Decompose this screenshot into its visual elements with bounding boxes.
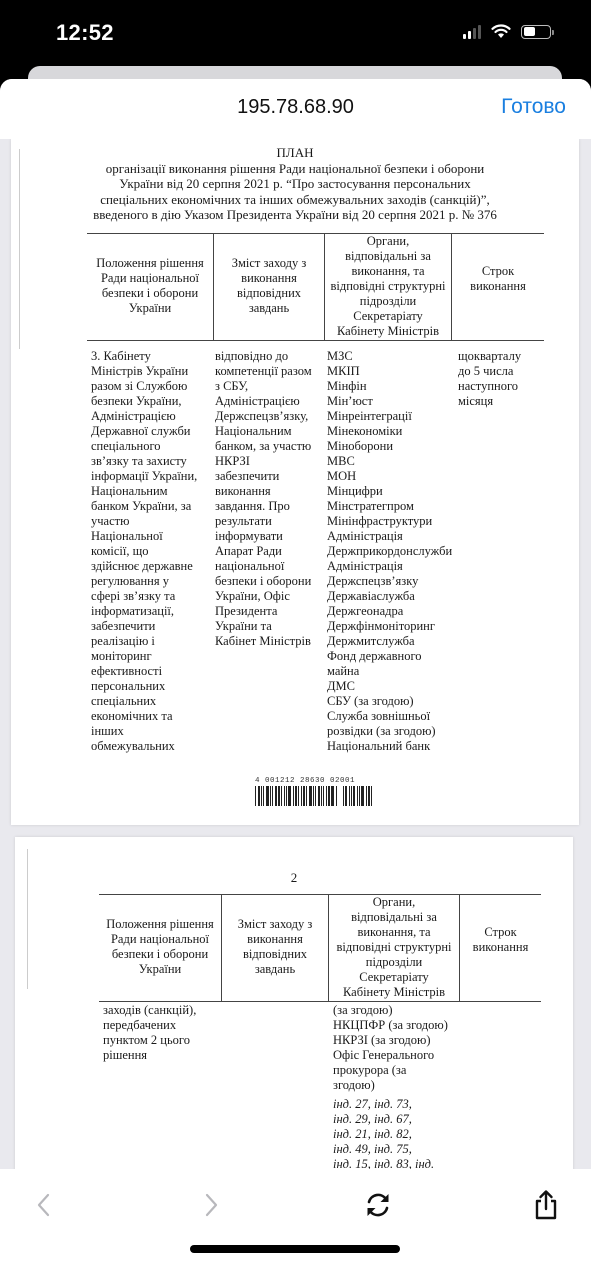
header-line: відповідні структурні bbox=[325, 279, 451, 294]
header-line: Строк bbox=[460, 925, 541, 940]
cell-bodies: МЗСМКІПМінфінМін’юстМінреінтеграціїМінек… bbox=[327, 349, 452, 754]
text-line: Держмитслужба bbox=[327, 634, 452, 649]
text-line: з СБУ, bbox=[215, 379, 312, 394]
heading-line: ПЛАН bbox=[11, 145, 579, 161]
text-line: СБУ (за згодою) bbox=[327, 694, 452, 709]
header-line: України bbox=[99, 962, 221, 977]
text-line: рішення bbox=[103, 1048, 196, 1063]
barcode-bar bbox=[353, 786, 355, 806]
text-line: НКЦПФР (за згодою) bbox=[333, 1018, 448, 1033]
text-line: спеціального bbox=[91, 439, 197, 454]
barcode-bar bbox=[270, 786, 271, 806]
barcode-bar bbox=[303, 786, 305, 806]
cell-bodies: (за згодою)НКЦПФР (за згодою)НКРЗІ (за з… bbox=[333, 1003, 448, 1093]
header-line: безпеки і оборони bbox=[99, 947, 221, 962]
text-line: Національний банк bbox=[327, 739, 452, 754]
wifi-icon bbox=[491, 24, 511, 39]
status-icons bbox=[463, 24, 551, 39]
header-deadline: Строквиконання bbox=[460, 925, 541, 955]
page-number: 2 bbox=[15, 870, 573, 886]
text-line: компетенції разом bbox=[215, 364, 312, 379]
barcode-bar bbox=[361, 786, 364, 806]
text-line: наступного bbox=[458, 379, 521, 394]
text-line: України та bbox=[215, 619, 312, 634]
sheet-header: 195.78.68.90 Готово bbox=[0, 79, 591, 139]
barcode-bar bbox=[258, 786, 260, 806]
text-line: Мінреінтеграції bbox=[327, 409, 452, 424]
cell-measure: відповідно докомпетенції разомз СБУ,Адмі… bbox=[215, 349, 312, 649]
header-measure: Зміст заходу звиконаннявідповіднихзавдан… bbox=[214, 256, 324, 316]
barcode-bar bbox=[349, 786, 350, 806]
text-line: забезпечити bbox=[91, 619, 197, 634]
text-line: інформації України, bbox=[91, 469, 197, 484]
text-line: Мінстратегпром bbox=[327, 499, 452, 514]
annotation-line: інд. 15, інд. 83, інд. bbox=[333, 1157, 434, 1169]
text-line: Міністрів України bbox=[91, 364, 197, 379]
barcode-bar bbox=[272, 786, 273, 806]
text-line: Національним bbox=[215, 424, 312, 439]
cell-annotations: інд. 27, інд. 73,інд. 29, інд. 67,інд. 2… bbox=[333, 1097, 434, 1169]
chevron-right-icon bbox=[205, 1193, 219, 1217]
text-line: зв’язку та захисту bbox=[91, 454, 197, 469]
header-line: України bbox=[87, 301, 213, 316]
text-line: національної bbox=[215, 559, 312, 574]
text-line: моніторинг bbox=[91, 649, 197, 664]
document-page-1: ПЛАНорганізації виконання рішення Ради н… bbox=[11, 139, 579, 825]
header-line: Кабінету Міністрів bbox=[325, 324, 451, 339]
text-line: регулювання у bbox=[91, 574, 197, 589]
text-line: Мінінфраструктури bbox=[327, 514, 452, 529]
barcode-bar bbox=[326, 786, 327, 806]
annotation-line: інд. 27, інд. 73, bbox=[333, 1097, 434, 1112]
text-line: пунктом 2 цього bbox=[103, 1033, 196, 1048]
header-line: виконання bbox=[452, 279, 544, 294]
header-line: відповідних bbox=[214, 286, 324, 301]
text-line: здійснює державне bbox=[91, 559, 197, 574]
barcode-bar bbox=[295, 786, 297, 806]
text-line: згодою) bbox=[333, 1078, 448, 1093]
back-button[interactable] bbox=[21, 1183, 65, 1227]
text-line: обмежувальних bbox=[91, 739, 197, 754]
barcode-bar bbox=[331, 786, 334, 806]
header-line: підрозділи bbox=[329, 955, 459, 970]
document-viewport[interactable]: ПЛАНорганізації виконання рішення Ради н… bbox=[0, 139, 591, 1169]
text-line: Держфінмоніторинг bbox=[327, 619, 452, 634]
text-line: Адміністрація bbox=[327, 529, 452, 544]
heading-line: організації виконання рішення Ради націо… bbox=[11, 161, 579, 177]
text-line: Державної служби bbox=[91, 424, 197, 439]
barcode-bar bbox=[286, 786, 287, 806]
header-line: завдань bbox=[222, 962, 328, 977]
text-line: НКРЗІ (за згодою) bbox=[333, 1033, 448, 1048]
table-top-rule bbox=[99, 894, 541, 895]
text-line: результати bbox=[215, 514, 312, 529]
text-line: банком, за участю bbox=[215, 439, 312, 454]
barcode-bar bbox=[359, 786, 360, 806]
header-provision: Положення рішенняРади національноїбезпек… bbox=[99, 917, 221, 977]
barcode-bar bbox=[328, 786, 330, 806]
barcode-bar bbox=[306, 786, 307, 806]
heading-line: України від 20 серпня 2021 р. “Про засто… bbox=[11, 176, 579, 192]
text-line: МВС bbox=[327, 454, 452, 469]
text-line: прокурора (за bbox=[333, 1063, 448, 1078]
text-line: України, Офіс bbox=[215, 589, 312, 604]
barcode-number: 4 001212 28630 02001 bbox=[255, 777, 374, 785]
header-line: Кабінету Міністрів bbox=[329, 985, 459, 1000]
text-line: Президента bbox=[215, 604, 312, 619]
text-line: ДМС bbox=[327, 679, 452, 694]
header-line: виконання, та bbox=[329, 925, 459, 940]
header-line: Положення рішення bbox=[87, 256, 213, 271]
barcode-bar bbox=[315, 786, 316, 806]
barcode-bar bbox=[293, 786, 294, 806]
barcode-bar bbox=[371, 786, 372, 806]
header-line: Органи, bbox=[329, 895, 459, 910]
chevron-left-icon bbox=[36, 1193, 50, 1217]
reload-icon bbox=[363, 1191, 393, 1219]
text-line: Мінфін bbox=[327, 379, 452, 394]
header-line: виконання, та bbox=[325, 264, 451, 279]
barcode-bar bbox=[275, 786, 277, 806]
header-line: відповідних bbox=[222, 947, 328, 962]
text-line: щокварталу bbox=[458, 349, 521, 364]
barcode-bar bbox=[298, 786, 299, 806]
barcode-bars bbox=[255, 786, 374, 806]
bottom-toolbar bbox=[0, 1169, 591, 1280]
done-button[interactable]: Готово bbox=[501, 95, 566, 119]
text-line: безпеки України, bbox=[91, 394, 197, 409]
barcode-bar bbox=[263, 786, 264, 806]
text-line: Служба зовнішньої bbox=[327, 709, 452, 724]
header-line: Секретаріату bbox=[325, 309, 451, 324]
text-line: комісії, що bbox=[91, 544, 197, 559]
reload-button[interactable] bbox=[356, 1183, 400, 1227]
barcode-bar bbox=[366, 786, 367, 806]
text-line: Національної bbox=[91, 529, 197, 544]
share-button[interactable] bbox=[524, 1183, 568, 1227]
header-line: Секретаріату bbox=[329, 970, 459, 985]
annotation-line: інд. 29, інд. 67, bbox=[333, 1112, 434, 1127]
text-line: Мінекономіки bbox=[327, 424, 452, 439]
text-line: 3. Кабінету bbox=[91, 349, 197, 364]
text-line: Фонд державного bbox=[327, 649, 452, 664]
barcode-bar bbox=[336, 786, 337, 806]
home-indicator bbox=[190, 1245, 400, 1253]
header-bodies: Органи,відповідальні завиконання, тавідп… bbox=[325, 234, 451, 339]
cell-deadline: щокварталудо 5 числанаступногомісяця bbox=[458, 349, 521, 409]
barcode-bar bbox=[321, 786, 322, 806]
share-icon bbox=[534, 1189, 558, 1221]
header-line: Органи, bbox=[325, 234, 451, 249]
text-line: інформатизації, bbox=[91, 604, 197, 619]
cellular-signal-icon bbox=[463, 25, 481, 39]
text-line: завдання. Про bbox=[215, 499, 312, 514]
header-line: Зміст заходу з bbox=[222, 917, 328, 932]
status-time: 12:52 bbox=[56, 20, 114, 46]
text-line: МКІП bbox=[327, 364, 452, 379]
document-page-2: 2 Положення рішенняРади національноїбезп… bbox=[15, 837, 573, 1169]
text-line: Мінцифри bbox=[327, 484, 452, 499]
header-provision: Положення рішенняРади національноїбезпек… bbox=[87, 256, 213, 316]
plan-table-continued: Положення рішенняРади національноїбезпек… bbox=[99, 894, 541, 1169]
barcode-bar bbox=[343, 786, 344, 806]
text-line: банком України, за bbox=[91, 499, 197, 514]
header-line: завдань bbox=[214, 301, 324, 316]
battery-icon bbox=[521, 25, 551, 39]
forward-button[interactable] bbox=[190, 1183, 234, 1227]
text-line: місяця bbox=[458, 394, 521, 409]
barcode-bar bbox=[261, 786, 262, 806]
header-measure: Зміст заходу звиконаннявідповіднихзавдан… bbox=[222, 917, 328, 977]
barcode-bar bbox=[281, 786, 282, 806]
text-line: реалізацію і bbox=[91, 634, 197, 649]
header-line: виконання bbox=[214, 271, 324, 286]
header-line: Строк bbox=[452, 264, 544, 279]
text-line: Державіаслужба bbox=[327, 589, 452, 604]
header-line: безпеки і оборони bbox=[87, 286, 213, 301]
text-line: інформувати bbox=[215, 529, 312, 544]
plan-table: Положення рішенняРади національноїбезпек… bbox=[87, 233, 544, 733]
text-line: забезпечити bbox=[215, 469, 312, 484]
text-line: розвідки (за згодою) bbox=[327, 724, 452, 739]
text-line: заходів (санкцій), bbox=[103, 1003, 196, 1018]
barcode-bar bbox=[309, 786, 312, 806]
barcode-bar bbox=[278, 786, 280, 806]
document-heading: ПЛАНорганізації виконання рішення Ради н… bbox=[11, 145, 579, 223]
header-line: Ради національної bbox=[87, 271, 213, 286]
text-line: майна bbox=[327, 664, 452, 679]
text-line: Держспецзв’язку, bbox=[215, 409, 312, 424]
header-line: відповідальні за bbox=[329, 910, 459, 925]
text-line: МЗС bbox=[327, 349, 452, 364]
annotation-line: інд. 21, інд. 82, bbox=[333, 1127, 434, 1142]
heading-line: спеціальних економічних та інших обмежув… bbox=[11, 192, 579, 208]
header-line: Зміст заходу з bbox=[214, 256, 324, 271]
text-line: разом зі Службою bbox=[91, 379, 197, 394]
header-deadline: Строквиконання bbox=[452, 264, 544, 294]
text-line: виконання bbox=[215, 484, 312, 499]
barcode-bar bbox=[301, 786, 302, 806]
text-line: Міноборони bbox=[327, 439, 452, 454]
text-line: (за згодою) bbox=[333, 1003, 448, 1018]
text-line: Апарат Ради bbox=[215, 544, 312, 559]
barcode-bar bbox=[357, 786, 358, 806]
text-line: Офіс Генерального bbox=[333, 1048, 448, 1063]
cell-provision: 3. КабінетуМіністрів Україниразом зі Слу… bbox=[91, 349, 197, 754]
text-line: інших bbox=[91, 724, 197, 739]
text-line: Кабінет Міністрів bbox=[215, 634, 312, 649]
header-line: підрозділи bbox=[325, 294, 451, 309]
text-line: спеціальних bbox=[91, 694, 197, 709]
barcode-bar bbox=[345, 786, 347, 806]
text-line: персональних bbox=[91, 679, 197, 694]
table-header-rule bbox=[87, 340, 544, 341]
text-line: Адміністрацією bbox=[91, 409, 197, 424]
text-line: Адміністрацією bbox=[215, 394, 312, 409]
barcode-bar bbox=[323, 786, 324, 806]
text-line: Держспецзв’язку bbox=[327, 574, 452, 589]
annotation-line: інд. 49, інд. 75, bbox=[333, 1142, 434, 1157]
barcode-bar bbox=[368, 786, 370, 806]
header-bodies: Органи,відповідальні завиконання, тавідп… bbox=[329, 895, 459, 1000]
header-line: Ради національної bbox=[99, 932, 221, 947]
text-line: Національним bbox=[91, 484, 197, 499]
text-line: ефективності bbox=[91, 664, 197, 679]
text-line: передбачених bbox=[103, 1018, 196, 1033]
cell-provision: заходів (санкцій),передбаченихпунктом 2 … bbox=[103, 1003, 196, 1063]
text-line: сфері зв’язку та bbox=[91, 589, 197, 604]
text-line: МОН bbox=[327, 469, 452, 484]
text-line: НКРЗІ bbox=[215, 454, 312, 469]
header-line: відповідальні за bbox=[325, 249, 451, 264]
barcode: 4 001212 28630 02001 bbox=[255, 777, 374, 806]
barcode-bar bbox=[351, 786, 352, 806]
table-top-rule bbox=[87, 233, 544, 234]
barcode-bar bbox=[266, 786, 269, 806]
heading-line: введеного в дію Указом Президента Україн… bbox=[11, 207, 579, 223]
barcode-bar bbox=[313, 786, 314, 806]
text-line: Мін’юст bbox=[327, 394, 452, 409]
header-line: відповідні структурні bbox=[329, 940, 459, 955]
text-line: Держгеонадра bbox=[327, 604, 452, 619]
header-line: Положення рішення bbox=[99, 917, 221, 932]
status-bar: 12:52 bbox=[0, 0, 591, 66]
document-viewer-sheet: 195.78.68.90 Готово ПЛАНорганізації вико… bbox=[0, 79, 591, 1280]
text-line: Адміністрація bbox=[327, 559, 452, 574]
text-line: Держприкордонслужби bbox=[327, 544, 452, 559]
header-line: виконання bbox=[460, 940, 541, 955]
barcode-bar bbox=[255, 786, 256, 806]
barcode-bar bbox=[284, 786, 285, 806]
header-line: виконання bbox=[222, 932, 328, 947]
text-line: відповідно до bbox=[215, 349, 312, 364]
barcode-bar bbox=[318, 786, 320, 806]
text-line: економічних та bbox=[91, 709, 197, 724]
barcode-bar bbox=[288, 786, 291, 806]
text-line: до 5 числа bbox=[458, 364, 521, 379]
table-header-rule bbox=[99, 1001, 541, 1002]
text-line: безпеки і оборони bbox=[215, 574, 312, 589]
text-line: участю bbox=[91, 514, 197, 529]
